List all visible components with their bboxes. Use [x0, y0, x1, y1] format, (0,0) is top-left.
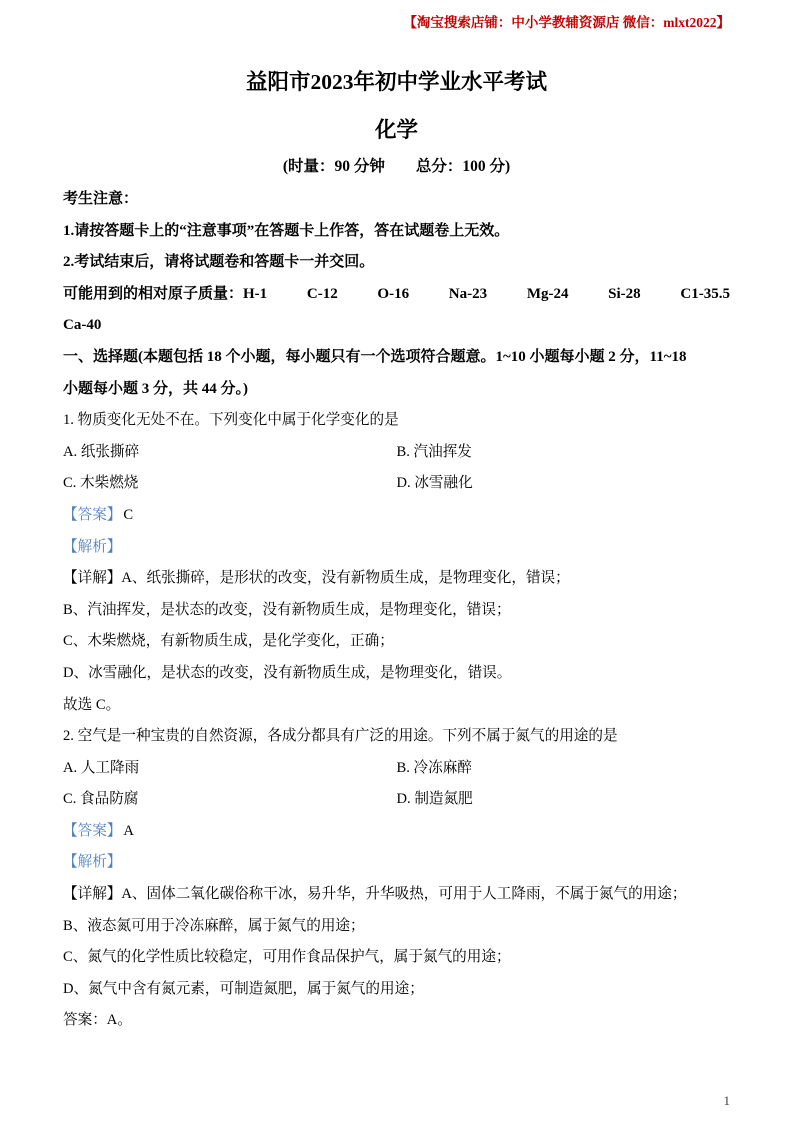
option-a: A. 纸张撕碎 [63, 437, 397, 469]
atomic-mass-item: O-16 [377, 279, 409, 311]
exam-title: 益阳市2023年初中学业水平考试 [0, 66, 793, 98]
answer-line: 【答案】C [63, 500, 730, 532]
analysis-label: 【解析】 [63, 539, 121, 555]
question-2: 2. 空气是一种宝贵的自然资源，各成分都具有广泛的用途。下列不属于氮气的用途的是… [63, 721, 730, 1037]
answer-line: 【答案】A [63, 816, 730, 848]
subject-title: 化学 [0, 114, 793, 146]
option-d: D. 冰雪融化 [397, 468, 731, 500]
atomic-mass-lead: 可能用到的相对原子质量：H-1 [63, 279, 267, 311]
document-body: 考生注意： 1.请按答题卡上的“注意事项”在答题卡上作答，答在试题卷上无效。 2… [0, 184, 793, 1037]
atomic-mass-item: C-12 [307, 279, 338, 311]
atomic-mass-wrap: Ca-40 [63, 310, 730, 342]
question-2-text: 2. 空气是一种宝贵的自然资源，各成分都具有广泛的用途。下列不属于氮气的用途的是 [63, 721, 730, 753]
detail-line: 【详解】A、固体二氧化碳俗称干冰，易升华，升华吸热，可用于人工降雨，不属于氮气的… [63, 879, 730, 911]
notice-line-1: 1.请按答题卡上的“注意事项”在答题卡上作答，答在试题卷上无效。 [63, 216, 730, 248]
answer-label: 【答案】 [63, 507, 121, 523]
detail-line: D、氮气中含有氮元素，可制造氮肥，属于氮气的用途； [63, 974, 730, 1006]
atomic-mass-item: Na-23 [449, 279, 487, 311]
answer-value: C [123, 507, 133, 523]
option-c: C. 木柴燃烧 [63, 468, 397, 500]
atomic-mass-item: Si-28 [608, 279, 641, 311]
atomic-mass-item: Mg-24 [527, 279, 569, 311]
option-b: B. 汽油挥发 [397, 437, 731, 469]
detail-line: C、木柴燃烧，有新物质生成，是化学变化，正确； [63, 626, 730, 658]
option-c: C. 食品防腐 [63, 784, 397, 816]
answer-label: 【答案】 [63, 823, 121, 839]
option-d: D. 制造氮肥 [397, 784, 731, 816]
atomic-mass-row: 可能用到的相对原子质量：H-1 C-12 O-16 Na-23 Mg-24 Si… [63, 279, 730, 311]
analysis-line: 【解析】 [63, 847, 730, 879]
exam-meta: (时量：90 分钟 总分：100 分) [0, 154, 793, 180]
analysis-line: 【解析】 [63, 532, 730, 564]
detail-line: B、汽油挥发，是状态的改变，没有新物质生成，是物理变化，错误； [63, 595, 730, 627]
question-1-options: A. 纸张撕碎 B. 汽油挥发 C. 木柴燃烧 D. 冰雪融化 [63, 437, 730, 500]
section-heading-line-2: 小题每小题 3 分，共 44 分。) [63, 374, 730, 406]
notice-line-2: 2.考试结束后，请将试题卷和答题卡一并交回。 [63, 247, 730, 279]
detail-line: D、冰雪融化，是状态的改变，没有新物质生成，是物理变化，错误。 [63, 658, 730, 690]
option-a: A. 人工降雨 [63, 753, 397, 785]
detail-line: B、液态氮可用于冷冻麻醉，属于氮气的用途； [63, 911, 730, 943]
analysis-label: 【解析】 [63, 854, 121, 870]
notice-heading: 考生注意： [63, 184, 730, 216]
store-watermark: 【淘宝搜索店铺：中小学教辅资源店 微信：mlxt2022】 [0, 0, 793, 33]
document-page: 【淘宝搜索店铺：中小学教辅资源店 微信：mlxt2022】 益阳市2023年初中… [0, 0, 793, 1122]
section-heading-line-1: 一、选择题(本题包括 18 个小题，每小题只有一个选项符合题意。1~10 小题每… [63, 342, 730, 374]
detail-line: 故选 C。 [63, 690, 730, 722]
question-1: 1. 物质变化无处不在。下列变化中属于化学变化的是 A. 纸张撕碎 B. 汽油挥… [63, 405, 730, 721]
answer-value: A [123, 823, 134, 839]
detail-line: 答案：A。 [63, 1005, 730, 1037]
page-number: 1 [724, 1094, 731, 1108]
detail-line: 【详解】A、纸张撕碎，是形状的改变，没有新物质生成，是物理变化，错误； [63, 563, 730, 595]
question-1-text: 1. 物质变化无处不在。下列变化中属于化学变化的是 [63, 405, 730, 437]
atomic-mass-item: C1-35.5 [680, 279, 730, 311]
option-b: B. 冷冻麻醉 [397, 753, 731, 785]
detail-line: C、氮气的化学性质比较稳定，可用作食品保护气，属于氮气的用途； [63, 942, 730, 974]
question-2-options: A. 人工降雨 B. 冷冻麻醉 C. 食品防腐 D. 制造氮肥 [63, 753, 730, 816]
